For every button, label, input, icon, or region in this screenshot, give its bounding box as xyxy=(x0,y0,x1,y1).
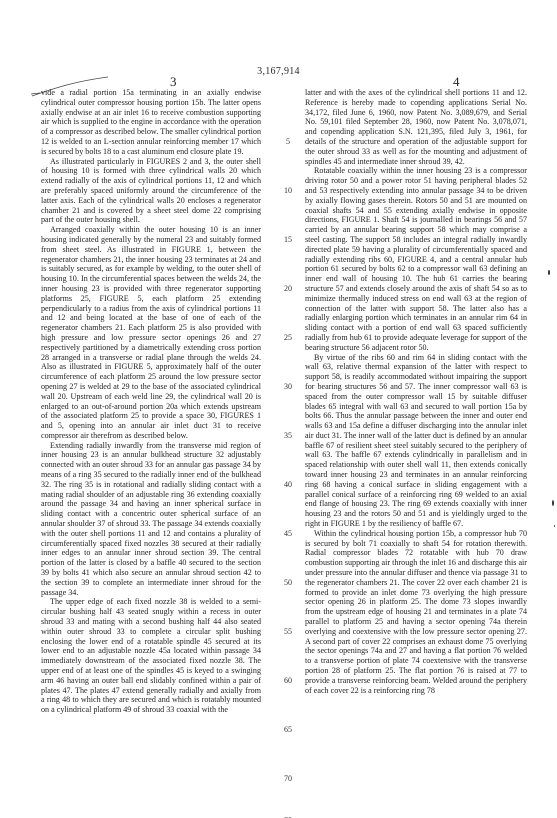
paragraph: As illustrated particularly in FIGURES 2… xyxy=(41,157,261,226)
line-number: 70 xyxy=(280,774,296,783)
line-number: 40 xyxy=(280,480,296,489)
line-number: 55 xyxy=(280,627,296,636)
line-number: 35 xyxy=(280,431,296,440)
paragraph: latter and with the axes of the cylindri… xyxy=(305,88,527,166)
line-number: 45 xyxy=(280,529,296,538)
paragraph: Within the cylindrical housing portion 1… xyxy=(305,529,527,696)
line-number: 5 xyxy=(280,137,296,146)
right-text-column: latter and with the axes of the cylindri… xyxy=(305,88,527,695)
line-number: 60 xyxy=(280,676,296,685)
paragraph: vide a radial portion 15a terminating in… xyxy=(41,88,261,157)
paragraph: Arranged coaxially within the outer hous… xyxy=(41,225,261,441)
paragraph: Rotatable coaxially within the inner hou… xyxy=(305,166,527,352)
scan-speck xyxy=(554,525,555,527)
line-number: 10 xyxy=(280,186,296,195)
line-number: 50 xyxy=(280,578,296,587)
line-number: 20 xyxy=(280,284,296,293)
paragraph: Extending radially inwardly from the tra… xyxy=(41,441,261,598)
scan-speck xyxy=(552,500,554,506)
line-number: 15 xyxy=(280,235,296,244)
line-number: 65 xyxy=(280,725,296,734)
paragraph: By virtue of the ribs 60 and rim 64 in s… xyxy=(305,353,527,529)
paragraph: The upper edge of each fixed nozzle 38 i… xyxy=(41,597,261,715)
left-text-column: vide a radial portion 15a terminating in… xyxy=(41,88,261,715)
line-number-gutter: 5 10 15 20 25 30 35 40 45 50 55 60 65 70… xyxy=(280,88,296,788)
scan-speck xyxy=(548,270,550,275)
line-number: 25 xyxy=(280,333,296,342)
line-number: 30 xyxy=(280,382,296,391)
